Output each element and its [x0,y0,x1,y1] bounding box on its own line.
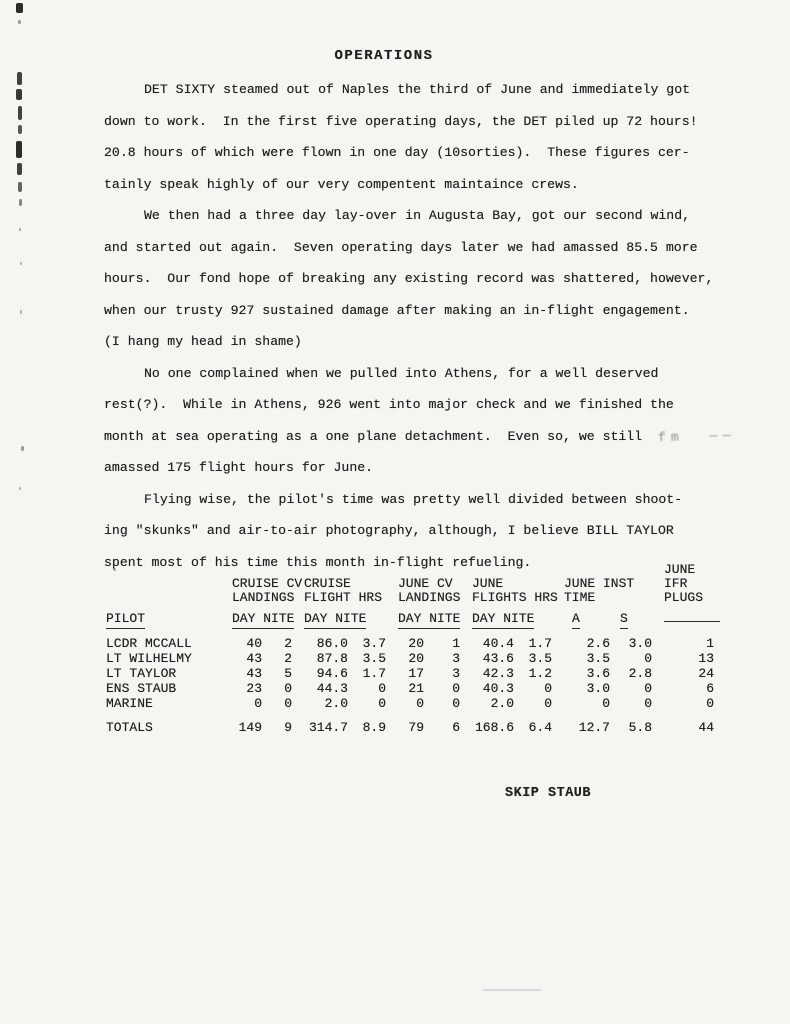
value-cell: 3 [430,651,466,666]
binding-mark [17,72,22,85]
page-title: OPERATIONS [104,48,664,64]
value-cell: 3.0 [616,629,658,651]
value-cell: 9 [268,711,298,735]
value-cell: 6.4 [520,711,558,735]
value-cell: 1.7 [354,666,392,681]
text-line: DET SIXTY steamed out of Naples the thir… [104,74,744,106]
value-cell: 2.8 [616,666,658,681]
table-row: LT WILHELMY 43 2 87.8 3.5 20 3 43.6 3.5 … [104,651,720,666]
binding-mark [17,163,22,175]
text-line: amassed 175 flight hours for June. [104,452,744,484]
table-row: ENS STAUB 23 0 44.3 0 21 0 40.3 0 3.0 0 … [104,681,720,696]
binding-mark [16,3,23,13]
smudge-mark: fm —— [658,419,737,453]
col-header: JUNE [466,577,558,591]
value-cell: 94.6 [298,666,354,681]
pilot-name: LCDR MCCALL [104,629,226,651]
col-header: TIME [558,591,658,605]
value-cell: 40 [226,629,268,651]
binding-mark [21,446,24,451]
value-cell: 0 [268,696,298,711]
header-row-top: JUNE [104,563,720,577]
value-cell: 5.8 [616,711,658,735]
value-cell: 44.3 [298,681,354,696]
pilot-name: TOTALS [104,711,226,735]
value-cell: 3.6 [558,666,616,681]
table-data-rows: LCDR MCCALL 40 2 86.0 3.7 20 1 40.4 1.7 … [104,629,720,735]
text-line: tainly speak highly of our very compente… [104,169,744,201]
sub-header-day-nite: DAY NITE [472,611,534,629]
col-header: CRUISE CV [226,577,298,591]
table-row: LT TAYLOR 43 5 94.6 1.7 17 3 42.3 1.2 3.… [104,666,720,681]
value-cell: 2 [268,651,298,666]
value-cell: 6 [658,681,720,696]
text-line: (I hang my head in shame) [104,326,744,358]
binding-mark [19,487,21,490]
value-cell: 6 [430,711,466,735]
header-row-sub: PILOT DAY NITE DAY NITE DAY NITE DAY NIT… [104,605,720,629]
value-cell: 79 [392,711,430,735]
text-line: Flying wise, the pilot's time was pretty… [104,484,744,516]
binding-mark [18,125,22,134]
binding-mark [18,20,21,24]
binding-mark [18,182,22,192]
binding-mark [20,310,22,314]
value-cell: 314.7 [298,711,354,735]
text-line: We then had a three day lay-over in Augu… [104,200,744,232]
value-cell: 0 [268,681,298,696]
pilot-name: ENS STAUB [104,681,226,696]
col-header: FLIGHT HRS [298,591,392,605]
value-cell: 20 [392,651,430,666]
value-cell: 24 [658,666,720,681]
plugs-underline [664,609,720,622]
col-header: FLIGHTS HRS [466,591,558,605]
pilot-name: LT WILHELMY [104,651,226,666]
value-cell: 86.0 [298,629,354,651]
document-page: OPERATIONS DET SIXTY steamed out of Napl… [0,0,790,1024]
sub-header-a: A [572,611,580,629]
value-cell: 3.0 [558,681,616,696]
text-line: when our trusty 927 sustained damage aft… [104,295,744,327]
col-header: LANDINGS [226,591,298,605]
value-cell: 1 [430,629,466,651]
value-cell: 40.4 [466,629,520,651]
value-cell: 43 [226,651,268,666]
value-cell: 0 [658,696,720,711]
value-cell: 87.8 [298,651,354,666]
value-cell: 3.5 [558,651,616,666]
value-cell: 17 [392,666,430,681]
signature: SKIP STAUB [505,786,591,801]
pilot-column-header: PILOT [106,611,145,629]
stray-mark [483,989,541,991]
value-cell: 168.6 [466,711,520,735]
value-cell: 3.5 [520,651,558,666]
col-header: JUNE [658,563,720,577]
value-cell: 1.2 [520,666,558,681]
table-row: MARINE 0 0 2.0 0 0 0 2.0 0 0 0 0 [104,696,720,711]
value-cell: 0 [558,696,616,711]
text-line: month at sea operating as a one plane de… [104,421,744,453]
col-header: IFR [658,577,720,591]
value-cell: 8.9 [354,711,392,735]
text-line: rest(?). While in Athens, 926 went into … [104,389,744,421]
pilot-name: MARINE [104,696,226,711]
sub-header-s: S [620,611,628,629]
value-cell: 0 [616,651,658,666]
value-cell: 0 [616,681,658,696]
header-row-mid: CRUISE CV CRUISE JUNE CV JUNE JUNE INST … [104,577,720,591]
value-cell: 5 [268,666,298,681]
text-line: No one complained when we pulled into At… [104,358,744,390]
value-cell: 40.3 [466,681,520,696]
value-cell: 2.0 [466,696,520,711]
value-cell: 12.7 [558,711,616,735]
value-cell: 2 [268,629,298,651]
value-cell: 1.7 [520,629,558,651]
text-line: and started out again. Seven operating d… [104,232,744,264]
binding-mark [20,262,22,265]
totals-row: TOTALS 149 9 314.7 8.9 79 6 168.6 6.4 12… [104,711,720,735]
value-cell: 13 [658,651,720,666]
value-cell: 43 [226,666,268,681]
value-cell: 1 [658,629,720,651]
binding-mark [19,199,22,206]
value-cell: 3 [430,666,466,681]
text-line: 20.8 hours of which were flown in one da… [104,137,744,169]
table-row: LCDR MCCALL 40 2 86.0 3.7 20 1 40.4 1.7 … [104,629,720,651]
value-cell: 0 [430,696,466,711]
sub-header-day-nite: DAY NITE [232,611,294,629]
value-cell: 0 [354,696,392,711]
col-header: PLUGS [658,591,720,605]
value-cell: 43.6 [466,651,520,666]
col-header: JUNE INST [558,577,658,591]
pilot-name: LT TAYLOR [104,666,226,681]
value-cell: 3.7 [354,629,392,651]
binding-mark [16,89,22,100]
sub-header-day-nite: DAY NITE [398,611,460,629]
value-cell: 44 [658,711,720,735]
value-cell: 0 [616,696,658,711]
value-cell: 0 [520,681,558,696]
value-cell: 2.6 [558,629,616,651]
value-cell: 0 [430,681,466,696]
value-cell: 0 [226,696,268,711]
text-line: ing "skunks" and air-to-air photography,… [104,515,744,547]
value-cell: 20 [392,629,430,651]
binding-mark [16,141,22,158]
value-cell: 42.3 [466,666,520,681]
binding-mark [19,228,21,231]
pilot-flight-table: JUNE CRUISE CV CRUISE JUNE CV JUNE JUNE … [104,563,720,735]
text-line: down to work. In the first five operatin… [104,106,744,138]
text-line: hours. Our fond hope of breaking any exi… [104,263,744,295]
value-cell: 3.5 [354,651,392,666]
value-cell: 0 [392,696,430,711]
value-cell: 21 [392,681,430,696]
col-header: CRUISE [298,577,392,591]
sub-header-day-nite: DAY NITE [304,611,366,629]
value-cell: 0 [520,696,558,711]
table-header-rows: JUNE CRUISE CV CRUISE JUNE CV JUNE JUNE … [104,563,720,629]
value-cell: 149 [226,711,268,735]
body-text: DET SIXTY steamed out of Naples the thir… [104,74,744,578]
value-cell: 2.0 [298,696,354,711]
col-header: LANDINGS [392,591,466,605]
value-cell: 0 [354,681,392,696]
binding-mark [18,106,22,120]
col-header: JUNE CV [392,577,466,591]
value-cell: 23 [226,681,268,696]
header-row-bottom: LANDINGS FLIGHT HRS LANDINGS FLIGHTS HRS… [104,591,720,605]
